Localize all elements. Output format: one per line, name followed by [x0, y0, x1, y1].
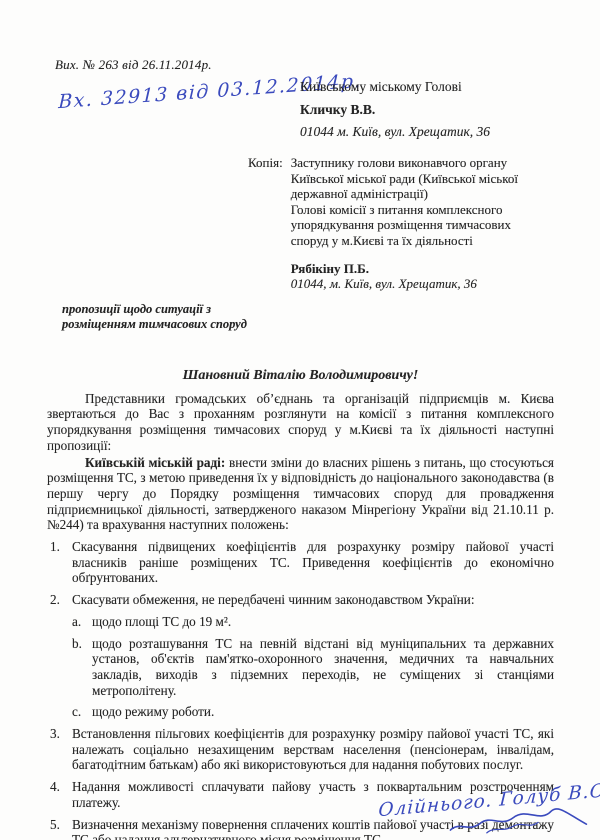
list-item-3-text: Встановлення пільгових коефіцієнтів для … [72, 726, 554, 773]
subject-note: пропозиції щодо ситуації з розміщенням т… [62, 302, 247, 332]
list-item-2c-text: щодо режиму роботи. [92, 704, 554, 720]
list-item-3-number: 3. [50, 726, 72, 773]
document-page: Вих. № 263 від 26.11.2014р. Вх. 32913 ві… [0, 0, 600, 840]
paragraph-intro: Представники громадських об’єднань та ор… [47, 391, 554, 454]
list-item-2b-number: b. [72, 636, 92, 699]
list-item-2a-text: щодо площі ТС до 19 м². [92, 614, 554, 630]
list-item-2-text: Скасувати обмеження, не передбачені чинн… [72, 592, 554, 608]
incoming-stamp-handwriting: Вх. 32913 від 03.12.2014р. [58, 73, 318, 113]
list-item-4-number: 4. [50, 779, 72, 810]
paragraph-city-council-lead: Київській міській раді: [85, 455, 225, 470]
copy-recipient-address: 01044, м. Київ, вул. Хрещатик, 36 [291, 276, 551, 292]
list-item-2a: a. щодо площі ТС до 19 м². [72, 614, 554, 630]
list-item-1-text: Скасування підвищених коефіцієнтів для р… [72, 539, 554, 586]
list-item-1: 1. Скасування підвищених коефіцієнтів дл… [47, 539, 554, 586]
copy-recipient-commission: Голові комісії з питання комплексного уп… [291, 202, 551, 249]
recipient-name: Кличку В.В. [300, 99, 585, 122]
list-item-2a-number: a. [72, 614, 92, 630]
copy-recipients: Заступнику голови виконавчого органу Киї… [291, 155, 551, 292]
list-item-2c: c. щодо режиму роботи. [72, 704, 554, 720]
copy-block: Копія: Заступнику голови виконавчого орг… [248, 155, 551, 292]
letter-body: Шановний Віталію Володимировичу! Предста… [47, 368, 554, 840]
recipient-title: Київському міському Голові [300, 76, 585, 99]
recipient-block: Київському міському Голові Кличку В.В. 0… [300, 76, 585, 144]
outgoing-number: Вих. № 263 від 26.11.2014р. [55, 57, 212, 73]
salutation: Шановний Віталію Володимировичу! [47, 368, 554, 384]
copy-recipient-org: Заступнику голови виконавчого органу Киї… [291, 155, 551, 202]
recipient-address: 01044 м. Київ, вул. Хрещатик, 36 [300, 121, 585, 144]
copy-label: Копія: [248, 155, 283, 292]
list-item-2b-text: щодо розташування ТС на певній відстані … [92, 636, 554, 699]
list-item-3: 3. Встановлення пільгових коефіцієнтів д… [47, 726, 554, 773]
copy-recipient-name: Рябікіну П.Б. [291, 261, 551, 277]
list-item-2: 2. Скасувати обмеження, не передбачені ч… [47, 592, 554, 720]
list-item-2-number: 2. [50, 592, 72, 720]
list-item-5-number: 5. [50, 817, 72, 840]
list-item-2b: b. щодо розташування ТС на певній відста… [72, 636, 554, 699]
paragraph-city-council: Київській міській раді: внести зміни до … [47, 455, 554, 534]
list-item-1-number: 1. [50, 539, 72, 586]
list-item-2c-number: c. [72, 704, 92, 720]
